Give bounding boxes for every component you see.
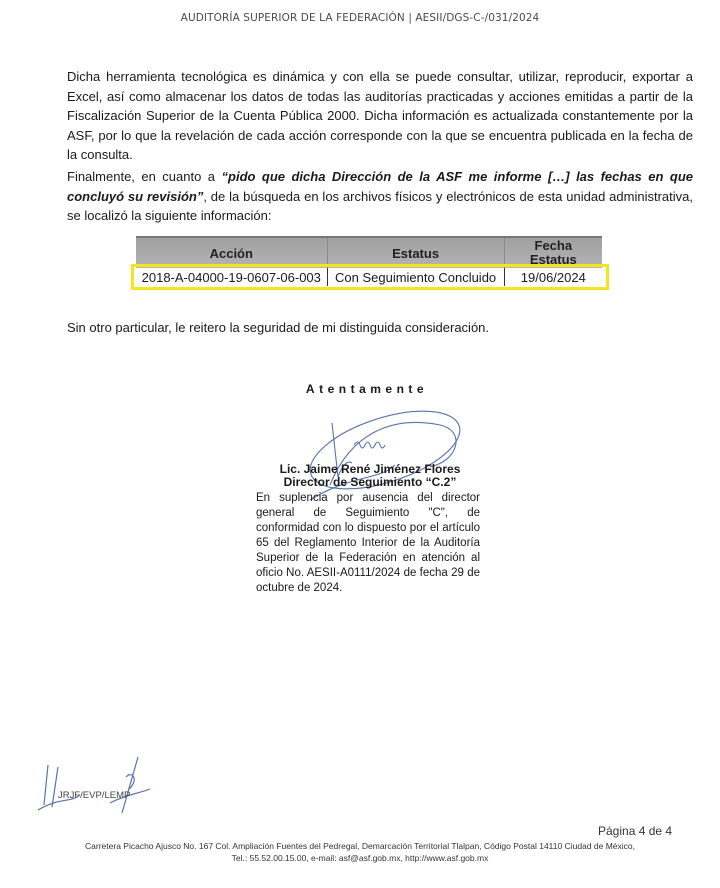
cell-accion: 2018-A-04000-19-0607-06-003 [136, 268, 327, 286]
salutation: Atentamente [0, 382, 720, 396]
signer-title: Director de Seguimiento “C.2” [250, 476, 490, 489]
handwritten-signature-icon [290, 405, 490, 505]
paragraph-request: Finalmente, en cuanto a “pido que dicha … [67, 167, 693, 226]
cell-fecha: 19/06/2024 [504, 268, 602, 286]
header-estatus: Estatus [327, 237, 504, 268]
page-number: Página 4 de 4 [598, 824, 672, 838]
header-accion: Acción [136, 237, 327, 268]
request-intro: Finalmente, en cuanto a [67, 169, 222, 184]
initials: JRJF/EVP/LEMP [58, 790, 130, 801]
cell-estatus: Con Seguimiento Concluido [327, 268, 504, 286]
initials-paraph-icon [30, 755, 160, 815]
header-fecha-line2: Estatus [505, 253, 602, 267]
footer-address: Carretera Picacho Ajusco No. 167 Col. Am… [0, 841, 720, 851]
actions-table: Acción Estatus Fecha Estatus 2018-A-0400… [136, 236, 602, 286]
suplencia-note: En suplencia por ausencia del director g… [256, 491, 480, 596]
paragraph-tool-description: Dicha herramienta tecnológica es dinámic… [67, 67, 693, 165]
header-fecha-estatus: Fecha Estatus [504, 237, 602, 268]
header-fecha-line1: Fecha [505, 239, 602, 253]
footer-contact: Tel.: 55.52.00.15.00, e-mail: asf@asf.go… [0, 853, 720, 863]
table-row: 2018-A-04000-19-0607-06-003 Con Seguimie… [136, 268, 602, 286]
table-header-row: Acción Estatus Fecha Estatus [136, 237, 602, 268]
paragraph-closing: Sin otro particular, le reitero la segur… [67, 318, 693, 338]
document-header: AUDITORÍA SUPERIOR DE LA FEDERACIÓN | AE… [0, 12, 720, 24]
